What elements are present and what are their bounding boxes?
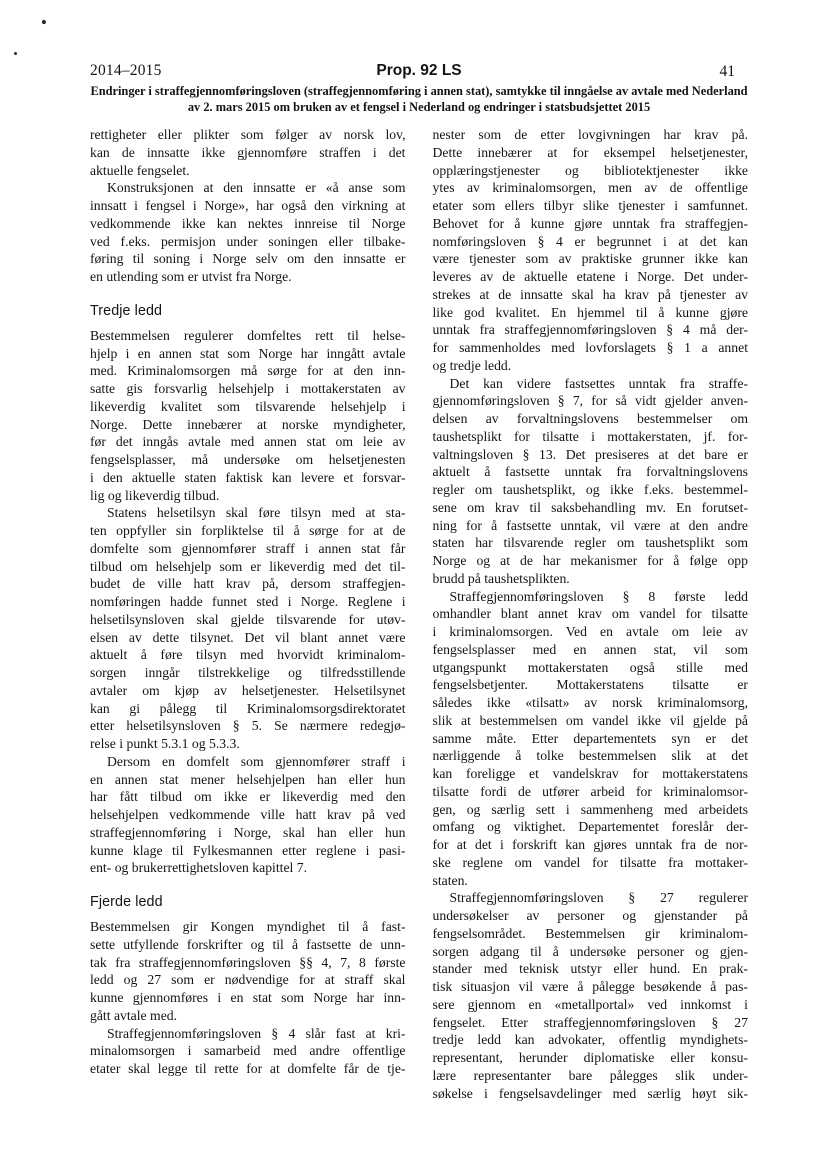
text-line: sorgen adgang til å undersøke personer o… <box>433 943 749 961</box>
text-line: hjelp i en annen stat som Norge har inng… <box>90 345 406 363</box>
text-line: nærliggende å tolke bestemmelsen slik at… <box>433 747 749 765</box>
text-line: en annen stat mener helsehjelpen han ell… <box>90 771 406 789</box>
text-line: Straffegjennomføringsloven § 27 regulere… <box>433 889 749 907</box>
text-line: omhandler blant annet krav om vandel for… <box>433 605 749 623</box>
text-line: kan de innsatte ikke gjennomføre straffe… <box>90 144 406 162</box>
text-line: Det kan videre fastsettes unntak fra str… <box>433 375 749 393</box>
text-line: samme måte. Etter departementets syn er … <box>433 730 749 748</box>
text-line: minalomsorgen i samarbeid med andre offe… <box>90 1042 406 1060</box>
text-line: etater som ellers tilbyr slike tjenester… <box>433 197 749 215</box>
text-line: budet de ville hatt krav på, dersom stra… <box>90 575 406 593</box>
text-line: Norge og at de har mekanismer for å følg… <box>433 552 749 570</box>
paragraph: Bestemmelsen regulerer domfeltes rett ti… <box>90 327 406 505</box>
text-line: etater skal legge til rette for at domfe… <box>90 1060 406 1078</box>
text-line: sorgen inngår tilstrekkelige og tilfreds… <box>90 664 406 682</box>
text-line: i kriminalomsorgen. Ved en avtale om lei… <box>433 623 749 641</box>
text-line: opplæringstjenester og bibliotektjeneste… <box>433 162 749 180</box>
text-line: aktuelt å fastsette unntak fra forvaltni… <box>433 463 749 481</box>
text-line: tredje ledd kan advokater, offentlig myn… <box>433 1031 749 1049</box>
text-line: Straffegjennomføringsloven § 8 første le… <box>433 588 749 606</box>
page-number: 41 <box>720 63 736 81</box>
text-line: sere gjennom en «metallportal» ved innko… <box>433 996 749 1014</box>
text-line: utgangspunkt mottakerstaten også stille … <box>433 659 749 677</box>
text-line: omfang og viktighet. Departementet fores… <box>433 818 749 836</box>
text-line: brudd på taushetsplikten. <box>433 570 749 588</box>
text-line: tak fra straffegjennomføringsloven §§ 4,… <box>90 954 406 972</box>
text-line: stander med teknisk utstyr eller hund. E… <box>433 960 749 978</box>
text-line: nomføringen hadde funnet sted i Norge. R… <box>90 593 406 611</box>
text-line: ske reglene om vandel for tilsatte fra m… <box>433 854 749 872</box>
text-line: lære representanter bare pålegges slik u… <box>433 1067 749 1085</box>
section-heading: Fjerde ledd <box>90 894 406 911</box>
text-line: ning for å fastsette unntak, vil være at… <box>433 517 749 535</box>
column-right: nester som de etter lovgivningen har kra… <box>433 126 749 1102</box>
text-line: helsetilsynsloven skal gjelde tilsvarend… <box>90 611 406 629</box>
paragraph: Straffegjennomføringsloven § 4 slår fast… <box>90 1025 406 1078</box>
subtitle-line-1: Endringer i straffegjennomføringsloven (… <box>90 84 748 100</box>
document-page: 2014–2015 Prop. 92 LS 41 Endringer i str… <box>0 0 828 1169</box>
text-line: undersøkelser av personer og gjenstander… <box>433 907 749 925</box>
text-line: innsatt i fengsel i Norge», har også den… <box>90 197 406 215</box>
text-line: Dette innebærer at for eksempel helsetje… <box>433 144 749 162</box>
text-line: relse i punkt 5.3.1 og 5.3.3. <box>90 735 406 753</box>
text-line: slik at bestemmelsen om vandel ikke vil … <box>433 712 749 730</box>
text-line: tisk situasjon vil være å pålegge besøke… <box>433 978 749 996</box>
paragraph: Straffegjennomføringsloven § 27 regulere… <box>433 889 749 1102</box>
text-line: taushetsplikt for tilsatte i mottakersta… <box>433 428 749 446</box>
text-line: Bestemmelsen regulerer domfeltes rett ti… <box>90 327 406 345</box>
text-line: kunne gjennomføres i en stat som Norge h… <box>90 989 406 1007</box>
text-line: helsehjelpen vedkommende ville hatt krav… <box>90 806 406 824</box>
paragraph: Statens helsetilsyn skal føre tilsyn med… <box>90 504 406 753</box>
paragraph: Det kan videre fastsettes unntak fra str… <box>433 375 749 588</box>
text-line: med. Kriminalomsorgen må sørge for at de… <box>90 362 406 380</box>
text-line: satte gis forsvarlig helsehjelp i mottak… <box>90 380 406 398</box>
document-title: Prop. 92 LS <box>90 62 748 80</box>
paragraph: rettigheter eller plikter som følger av … <box>90 126 406 179</box>
section-heading: Tredje ledd <box>90 303 406 320</box>
text-line: fengselsområdet. Bestemmelsen gir krimin… <box>433 925 749 943</box>
text-line: aktuelt å føre tilsyn med hvorvidt krimi… <box>90 646 406 664</box>
header-row: 2014–2015 Prop. 92 LS 41 <box>90 62 748 82</box>
text-line: lig og likeverdig tilbud. <box>90 487 406 505</box>
text-line: rettigheter eller plikter som følger av … <box>90 126 406 144</box>
column-left: rettigheter eller plikter som følger av … <box>90 126 406 1102</box>
text-line: Norge. Dette innebærer at norske myndigh… <box>90 416 406 434</box>
text-line: ent- og brukerrettighetsloven kapittel 7… <box>90 859 406 877</box>
text-line: nomføringsloven § 4 er begrunnet i at de… <box>433 233 749 251</box>
text-line: staten. <box>433 872 749 890</box>
text-line: likeverdig kvalitet som tilsvarende hels… <box>90 398 406 416</box>
text-line: like god kvalitet. En hjemmel til å kunn… <box>433 304 749 322</box>
document-subtitle: Endringer i straffegjennomføringsloven (… <box>90 84 748 115</box>
text-line: ledd og 27 som er nødvendige for at stra… <box>90 971 406 989</box>
text-line: sette utfyllende forskrifter og til å fa… <box>90 936 406 954</box>
text-line: ten oppfyller sin forpliktelse til å sør… <box>90 522 406 540</box>
text-line: for sammenholdes med lovforslagets § 1 a… <box>433 339 749 357</box>
text-line: straffegjennomføring i Norge, skal han e… <box>90 824 406 842</box>
text-line: kan foreligge et vandelskrav for mottake… <box>433 765 749 783</box>
text-line: unntak fra straffegjennomføringsloven § … <box>433 321 749 339</box>
text-line: regler om taushetsplikt, og ikke f.eks. … <box>433 481 749 499</box>
scan-speck <box>14 52 17 55</box>
paragraph: Straffegjennomføringsloven § 8 første le… <box>433 588 749 890</box>
text-line: føring til soning i Norge selv om den in… <box>90 250 406 268</box>
text-line: og tredje ledd. <box>433 357 749 375</box>
text-line: Straffegjennomføringsloven § 4 slår fast… <box>90 1025 406 1043</box>
text-line: gen, og særlig sett i sammenheng med arb… <box>433 801 749 819</box>
paragraph: Konstruksjonen at den innsatte er «å ans… <box>90 179 406 286</box>
text-line: ved f.eks. permisjon under soningen elle… <box>90 233 406 251</box>
text-line: fengselet. Etter straffegjennomføringslo… <box>433 1014 749 1032</box>
text-line: Bestemmelsen gir Kongen myndighet til å … <box>90 918 406 936</box>
text-line: ytes av kriminalomsorgen, men av de offe… <box>433 179 749 197</box>
text-line: strekes at de innsatte skal ha krav på t… <box>433 286 749 304</box>
text-line: Konstruksjonen at den innsatte er «å ans… <box>90 179 406 197</box>
text-line: gjennomføringsloven § 7, for så vidt gje… <box>433 392 749 410</box>
text-line: kunne klage til Fylkesmannen etter regle… <box>90 842 406 860</box>
text-line: valtningsloven § 13. Det presiseres at d… <box>433 446 749 464</box>
text-line: således ikke «tilsatt» av norsk kriminal… <box>433 694 749 712</box>
text-line: nester som de etter lovgivningen har kra… <box>433 126 749 144</box>
body-text: rettigheter eller plikter som følger av … <box>90 126 748 1102</box>
text-line: tilbud om helsehjelp som er likeverdig m… <box>90 558 406 576</box>
text-line: i den aktuelle staten faktisk kan levere… <box>90 469 406 487</box>
text-line: for at det i forskrift kan gjøres unntak… <box>433 836 749 854</box>
text-line: elsen av dette tilsynet. Det vil blant a… <box>90 629 406 647</box>
text-line: fengselsbetjenter. Mottakerstatens tilsa… <box>433 676 749 694</box>
text-line: aktuelle fengselet. <box>90 162 406 180</box>
subtitle-line-2: av 2. mars 2015 om bruken av et fengsel … <box>90 100 748 116</box>
text-line: sene om krav til saksbehandling mv. En f… <box>433 499 749 517</box>
text-line: kan gi pålegg til Kriminalomsorgsdirekto… <box>90 700 406 718</box>
text-line: vedkommende ikke kan nektes innreise til… <box>90 215 406 233</box>
text-line: avtaler om kjøp av helsetjenester. Helse… <box>90 682 406 700</box>
text-line: domfelte som gjennomfører straff i annen… <box>90 540 406 558</box>
text-line: være tjenester som av praktiske grunner … <box>433 250 749 268</box>
scan-speck <box>41 19 46 24</box>
paragraph: nester som de etter lovgivningen har kra… <box>433 126 749 375</box>
text-line: Dersom en domfelt som gjennomfører straf… <box>90 753 406 771</box>
text-line: har fått tilbud om ikke er likeverdig me… <box>90 788 406 806</box>
paragraph: Bestemmelsen gir Kongen myndighet til å … <box>90 918 406 1025</box>
page-header: 2014–2015 Prop. 92 LS 41 Endringer i str… <box>90 62 748 115</box>
text-line: fengselsplasser med en annen stat, vil s… <box>433 641 749 659</box>
text-line: Statens helsetilsyn skal føre tilsyn med… <box>90 504 406 522</box>
text-line: etter helsetilsynsloven § 5. Se nærmere … <box>90 717 406 735</box>
text-line: delsen av forvaltningslovens bestemmelse… <box>433 410 749 428</box>
paragraph: Dersom en domfelt som gjennomfører straf… <box>90 753 406 877</box>
text-line: Behovet for å kunne gjøre unntak fra str… <box>433 215 749 233</box>
text-line: tilsatte fordi de utfører arbeid for kri… <box>433 783 749 801</box>
text-line: søkelse i fengselsavdelinger med særlig … <box>433 1085 749 1103</box>
text-line: gått avtale med. <box>90 1007 406 1025</box>
text-line: før det inngås avtale med annen stat om … <box>90 433 406 451</box>
text-line: fengselsplasser, må undersøke om helsetj… <box>90 451 406 469</box>
text-line: leveres av de aktuelle etatene i Norge. … <box>433 268 749 286</box>
text-line: representant, herunder diplomatiske elle… <box>433 1049 749 1067</box>
text-line: en utlending som er utvist fra Norge. <box>90 268 406 286</box>
text-line: staten har tilsvarende regler om taushet… <box>433 534 749 552</box>
